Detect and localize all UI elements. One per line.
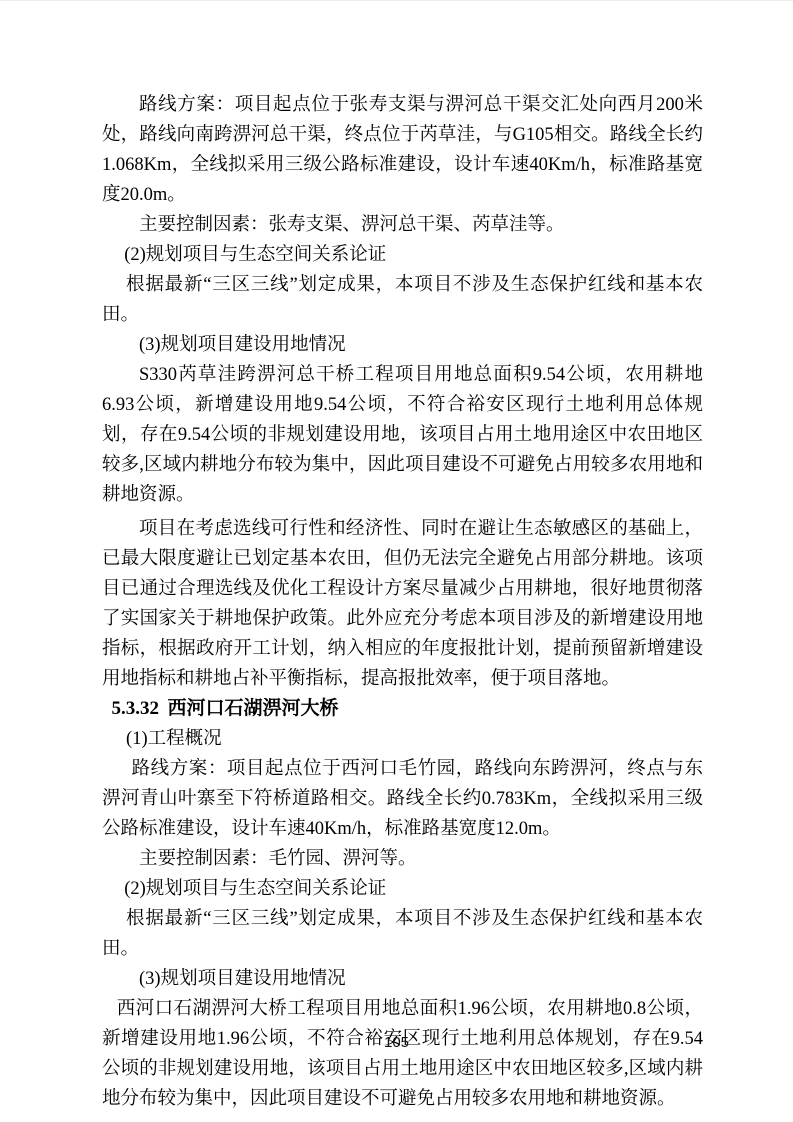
section-heading-title: 西河口石湖淠河大桥 xyxy=(168,698,339,719)
paragraph-land-area-s330: S330芮草洼跨淠河总干桥工程项目用地总面积9.54公顷，农用耕地6.93公顷，… xyxy=(102,360,703,510)
paragraph-item1-overview: (1)工程概况 xyxy=(102,724,703,754)
paragraph-route-plan-xihekou: 路线方案：项目起点位于西河口毛竹园，路线向东跨淠河，终点与东淠河青山叶寨至下符桥… xyxy=(102,754,703,844)
paragraph-control-factors-xihekou: 主要控制因素：毛竹园、淠河等。 xyxy=(102,844,703,874)
section-heading-number: 5.3.32 xyxy=(112,698,160,719)
document-page: 路线方案：项目起点位于张寿支渠与淠河总干渠交汇处向西月200米处，路线向南跨淠河… xyxy=(0,0,793,1122)
paragraph-item3-land-use-s330: (3)规划项目建设用地情况 xyxy=(102,330,703,360)
paragraph-three-zones-xihekou: 根据最新“三区三线”划定成果，本项目不涉及生态保护红线和基本农田。 xyxy=(102,904,703,964)
page-number: 105 xyxy=(0,1034,793,1051)
paragraph-farmland-mitigation: 项目在考虑选线可行性和经济性、同时在避让生态敏感区的基础上，已最大限度避让已划定… xyxy=(102,514,703,694)
paragraph-item2-eco-space-xihekou: (2)规划项目与生态空间关系论证 xyxy=(102,874,703,904)
section-heading: 5.3.32西河口石湖淠河大桥 xyxy=(102,694,703,724)
paragraph-route-plan-s330: 路线方案：项目起点位于张寿支渠与淠河总干渠交汇处向西月200米处，路线向南跨淠河… xyxy=(102,90,703,210)
document-body: 路线方案：项目起点位于张寿支渠与淠河总干渠交汇处向西月200米处，路线向南跨淠河… xyxy=(102,90,703,1114)
paragraph-control-factors-s330: 主要控制因素：张寿支渠、淠河总干渠、芮草洼等。 xyxy=(102,210,703,240)
paragraph-item2-eco-space-s330: (2)规划项目与生态空间关系论证 xyxy=(102,240,703,270)
paragraph-item3-land-use-xihekou: (3)规划项目建设用地情况 xyxy=(102,964,703,994)
paragraph-land-area-xihekou: 西河口石湖淠河大桥工程项目用地总面积1.96公顷，农用耕地0.8公顷，新增建设用… xyxy=(102,994,703,1114)
paragraph-three-zones-s330: 根据最新“三区三线”划定成果，本项目不涉及生态保护红线和基本农田。 xyxy=(102,270,703,330)
